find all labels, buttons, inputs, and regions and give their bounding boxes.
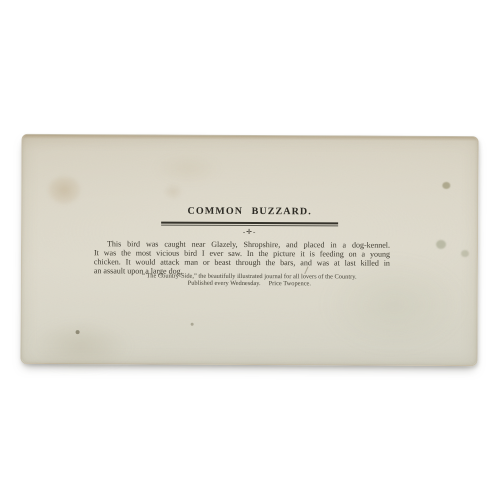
- card-content: COMMON BUZZARD. -✛- This bird was caught…: [21, 135, 477, 365]
- title-rule-thin-line: [161, 225, 338, 227]
- publisher-imprint: “ The Country-Side,” the beautifully ill…: [22, 272, 477, 288]
- card-back: COMMON BUZZARD. -✛- This bird was caught…: [20, 134, 478, 366]
- page-background: COMMON BUZZARD. -✛- This bird was caught…: [0, 0, 500, 500]
- card-title: COMMON BUZZARD.: [22, 205, 477, 218]
- cross-ornament-icon: -✛-: [22, 227, 477, 237]
- description-paragraph: This bird was caught near Glazely, Shrop…: [94, 239, 390, 276]
- title-rule: [161, 222, 338, 227]
- imprint-line: Published every Wednesday. Price Twopenc…: [22, 279, 477, 288]
